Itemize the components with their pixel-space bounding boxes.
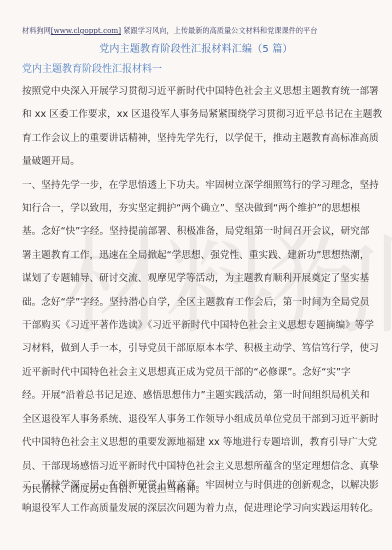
text-line: 知行合一，学以致用，夯实坚定拥护“两个确立”、坚决做到“两个维护”的思想根 [22, 197, 370, 220]
document-title: 党内主题教育阶段性汇报材料汇编（5 篇） [0, 43, 392, 56]
text-line: 干部购买《习近平著作选读》《习近平新时代中国特色社会主义思想专题摘编》等学 [22, 314, 370, 337]
text-line: 署主题教育工作，迅速在全局掀起“学思想、强党性、重实践、建新功”思想热潮， [22, 244, 370, 267]
page-header: 材料狗网[www.clgoppt.com] 紧跟学习风向，上传最新的高质量公文材… [22, 26, 382, 36]
text-line: 全区退役军人事务系统、退役军人事务工作领导小组成员单位党员干部到习近平新时 [22, 408, 370, 431]
site-link[interactable]: [www.clgoppt.com] [51, 26, 121, 35]
text-line: 育工作会议上的重要讲话精神，坚持先学先行，以学促干，推动主题教育高标准高质 [22, 127, 370, 150]
site-tagline: 紧跟学习风向，上传最新的高质量公文材料和党课课件的平台 [123, 26, 317, 35]
document-page: 材料狗网 材料狗网[www.clgoppt.com] 紧跟学习风向，上传最新的高… [0, 0, 392, 550]
text-line: 响退役军人工作高质量发展的深层次问题为着力点，促进理论学习向实践运用转化。 [22, 497, 370, 520]
text-line: 和 xx 区委工作要求，xx 区退役军人事务局紧紧围绕学习贯彻习近平总书记在主题… [22, 103, 370, 126]
text-line: 经。开展“沿着总书记足迹、感悟思想伟力”主题实践活动，第一时间组织局机关和 [22, 384, 370, 407]
text-line: 代中国特色社会主义思想的重要发源地福建 xx 等地进行专题培训，教育引导广大党 [22, 431, 370, 454]
text-line: 按照党中央深入开展学习贯彻习近平新时代中国特色社会主义思想主题教育统一部署 [22, 80, 370, 103]
text-line: 习材料，做到人手一本，引导党员干部原原本本学、积极主动学、笃信笃行学，使习 [22, 337, 370, 360]
text-line: 一、坚持先学一步，在学思悟透上下功夫。牢固树立深学细照笃行的学习理念，坚持 [22, 174, 370, 197]
text-line: 基。念好“快”字经。坚持提前部署、积极准备，局党组第一时间召开会议，研究部 [22, 220, 370, 243]
section-heading: 党内主题教育阶段性汇报材料一 [22, 63, 162, 76]
text-line: 谋划了专题辅导、研讨交流、观摩见学等活动，为主题教育顺利开展奠定了坚实基 [22, 267, 370, 290]
paragraph-intro: 按照党中央深入开展学习贯彻习近平新时代中国特色社会主义思想主题教育统一部署 和 … [22, 80, 370, 501]
text-line: 量破题开局。 [22, 150, 370, 173]
text-line: 二、坚持学深一层，在创新研学上做文章。牢固树立与时俱进的创新观念，以解决影 [22, 474, 370, 497]
site-name: 材料狗网 [22, 26, 51, 35]
paragraph-section-two: 二、坚持学深一层，在创新研学上做文章。牢固树立与时俱进的创新观念，以解决影 响退… [22, 474, 370, 521]
text-line: 近平新时代中国特色社会主义思想真正成为党员干部的“必修课”。念好“实”字 [22, 361, 370, 384]
text-line: 础。念好“学”字经。坚持潜心自学，全区主题教育工作会后，第一时间为全局党员 [22, 291, 370, 314]
